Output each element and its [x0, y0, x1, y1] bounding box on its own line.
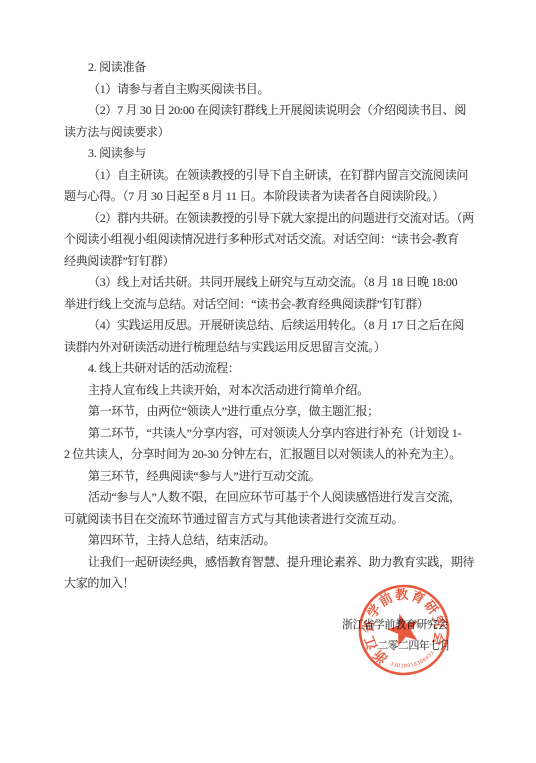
- text-line: 个阅读小组视小组阅读情况进行多种形式对话交流。对话空间：“读书会-教育: [64, 229, 478, 251]
- text-line: （2）7 月 30 日 20:00 在阅读钉群线上开展阅读说明会（介绍阅读书目、…: [64, 100, 478, 122]
- text-line: 题与心得。（7 月 30 日起至 8 月 11 日。本阶段读者为读者各自阅读阶段…: [64, 186, 478, 208]
- text-line: 第四环节，主持人总结，结束活动。: [64, 530, 478, 552]
- text-line: 4. 线上共研对话的活动流程：: [64, 358, 478, 380]
- text-line: 2. 阅读准备: [64, 57, 478, 79]
- text-line: （2）群内共研。在领读教授的引导下就大家提出的问题进行交流对话。（两: [64, 208, 478, 230]
- document-page: 2. 阅读准备（1）请参与者自主购买阅读书目。（2）7 月 30 日 20:00…: [0, 0, 536, 763]
- text-line: 读群内外对研读活动进行梳理总结与实践运用反思留言交流。）: [64, 337, 478, 359]
- text-line: 第一环节，由两位“领读人”进行重点分享，做主题汇报；: [64, 401, 478, 423]
- text-line: 主持人宣布线上共读开始，对本次活动进行简单介绍。: [64, 380, 478, 402]
- text-line: 第二环节，“共读人”分享内容，可对领读人分享内容进行补充（计划设 1-: [64, 423, 478, 445]
- text-line: 2 位共读人，分享时间为 20-30 分钟左右，汇报题目以对领读人的补充为主）。: [64, 444, 478, 466]
- text-line: 让我们一起研读经典，感悟教育智慧、提升理论素养、助力教育实践，期待: [64, 552, 478, 574]
- text-line: （1）自主研读。在领读教授的引导下自主研读，在钉群内留言交流阅读问: [64, 165, 478, 187]
- text-line: 大家的加入！: [64, 573, 478, 595]
- text-line: 举进行线上交流与总结。对话空间：“读书会-教育经典阅读群”钉钉群）: [64, 294, 478, 316]
- text-line: 第三环节，经典阅读“参与人”进行互动交流。: [64, 466, 478, 488]
- document-body: 2. 阅读准备（1）请参与者自主购买阅读书目。（2）7 月 30 日 20:00…: [64, 57, 478, 595]
- text-line: （1）请参与者自主购买阅读书目。: [64, 79, 478, 101]
- text-line: 3. 阅读参与: [64, 143, 478, 165]
- text-line: 经典阅读群”钉钉群）: [64, 251, 478, 273]
- text-line: （3）线上对话共研。共同开展线上研究与互动交流。（8 月 18 日晚 18:00: [64, 272, 478, 294]
- signature-date: 二零二四年七月: [377, 639, 450, 654]
- text-line: 活动“参与人”人数不限，在回应环节可基于个人阅读感悟进行发言交流，: [64, 487, 478, 509]
- text-line: 可就阅读书目在交流环节通过留言方式与其他读者进行交流互动。: [64, 509, 478, 531]
- text-line: （4）实践运用反思。开展研读总结、后续运用转化。（8 月 17 日之后在阅: [64, 315, 478, 337]
- text-line: 读方法与阅读要求）: [64, 122, 478, 144]
- signature-org: 浙江省学前教育研究会: [342, 618, 448, 633]
